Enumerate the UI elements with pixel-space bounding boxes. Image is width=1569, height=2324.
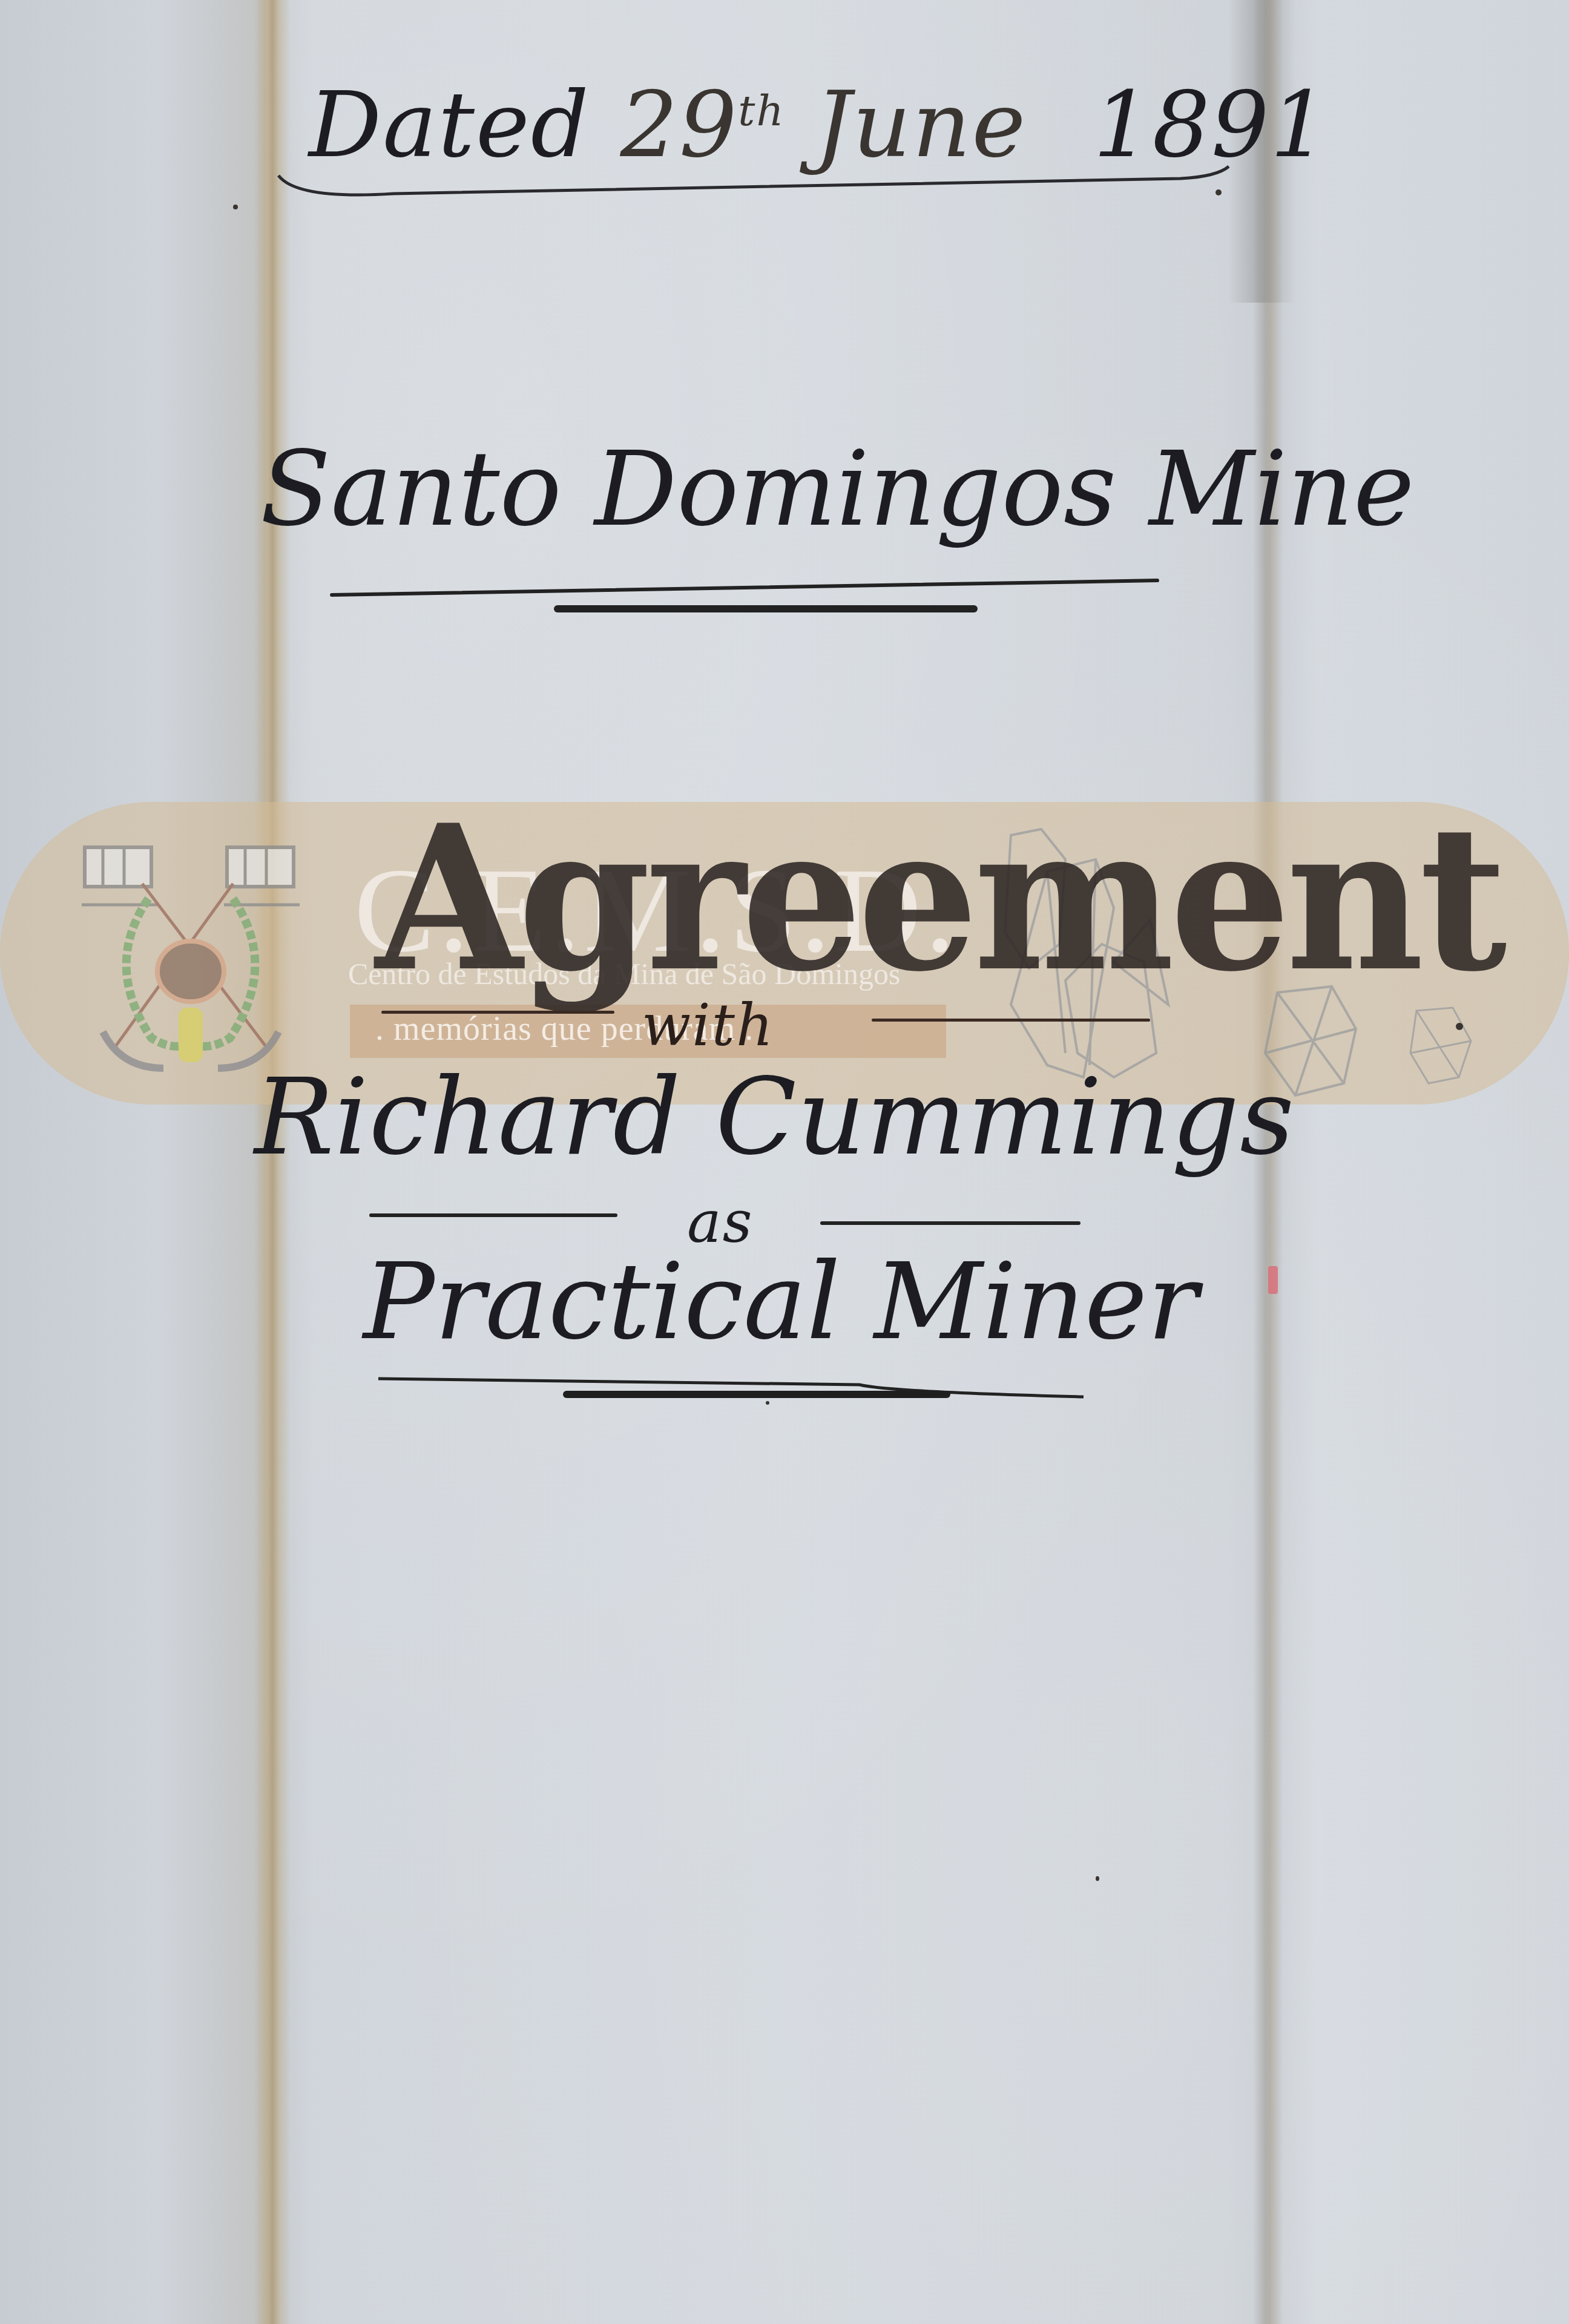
mine-name: Santo Domingos Mine (260, 430, 1415, 550)
date-label: Dated (309, 73, 590, 178)
date-underline (272, 163, 1271, 212)
as-rule-left (369, 1213, 617, 1217)
connector-with: with (642, 993, 774, 1059)
red-ink-mark (1268, 1266, 1278, 1294)
ink-speck (1215, 189, 1222, 195)
ink-speck (766, 1401, 769, 1405)
left-folded-panel (0, 0, 266, 2324)
role-underline (375, 1374, 1090, 1410)
crystal-small-hexagon-icon (1410, 1008, 1471, 1083)
date-day: 29 (620, 73, 738, 178)
ink-speck (1456, 1023, 1463, 1030)
with-rule-right (872, 1019, 1150, 1022)
as-rule-right (820, 1221, 1081, 1225)
mining-crest-icon (79, 844, 303, 1086)
ink-speck (233, 205, 238, 209)
date-line: Dated 29th June 1891 (309, 73, 1329, 178)
date-month: June (815, 73, 1027, 178)
role-title: Practical Miner (363, 1241, 1198, 1364)
with-rule-left (381, 1011, 614, 1014)
ink-speck (1096, 1876, 1099, 1881)
mine-underline-short (554, 605, 978, 612)
document-title: Agreement (375, 781, 1502, 1016)
date-year: 1891 (1093, 73, 1329, 178)
party-name: Richard Cummings (254, 1056, 1295, 1179)
date-day-suffix: th (738, 86, 784, 136)
